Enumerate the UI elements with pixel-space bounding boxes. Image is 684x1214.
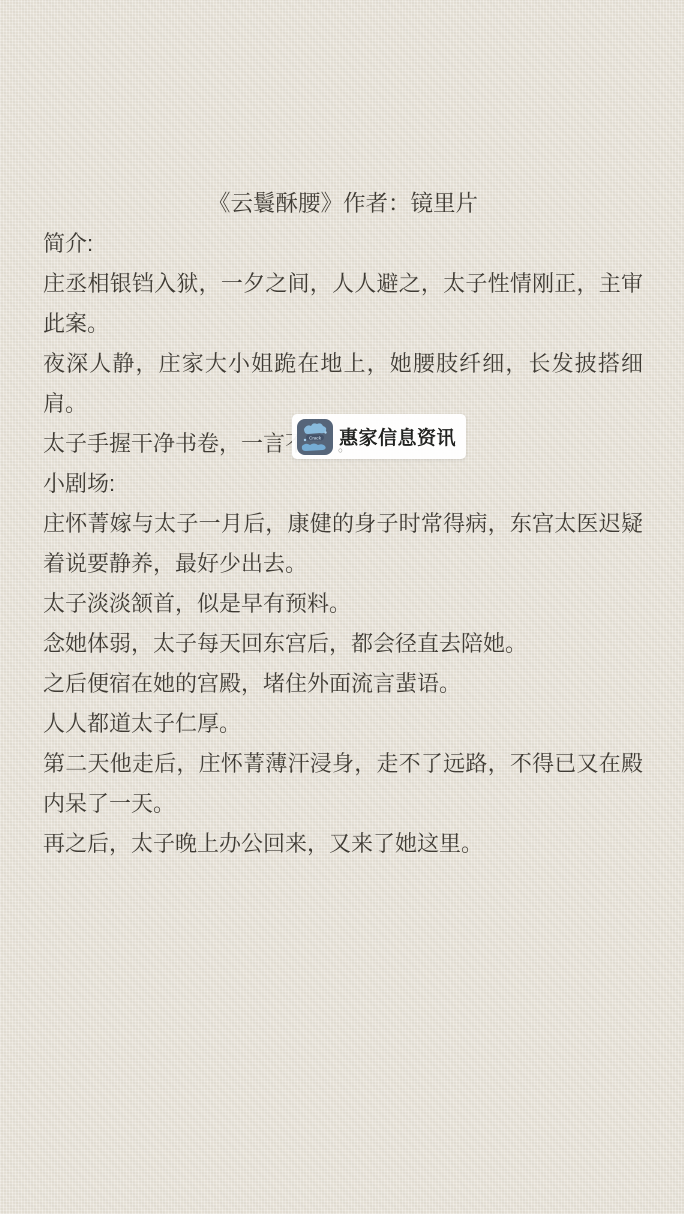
- skit-paragraph: 人人都道太子仁厚。: [43, 704, 643, 744]
- app-logo-icon: Crack: [297, 419, 333, 455]
- skit-paragraph: 念她体弱，太子每天回东宫后，都会径直去陪她。: [43, 624, 643, 664]
- section-label-skit: 小剧场:: [43, 464, 643, 504]
- novel-intro-card: 《云鬟酥腰》作者：镜里片 简介: 庄丞相银铛入狱，一夕之间，人人避之，太子性情刚…: [0, 0, 684, 1214]
- svg-text:Crack: Crack: [309, 435, 322, 440]
- watermark-period-mark: 。: [338, 440, 351, 453]
- watermark-badge: Crack 惠家信息资讯 。: [292, 414, 466, 459]
- watermark-label: 惠家信息资讯: [339, 423, 456, 450]
- novel-text-block: 《云鬟酥腰》作者：镜里片 简介: 庄丞相银铛入狱，一夕之间，人人避之，太子性情刚…: [43, 184, 643, 864]
- intro-paragraph: 夜深人静，庄家大小姐跪在地上，她腰肢纤细，长发披搭细肩。: [43, 344, 643, 424]
- section-label-intro: 简介:: [43, 224, 643, 264]
- intro-paragraph: 庄丞相银铛入狱，一夕之间，人人避之，太子性情刚正，主审此案。: [43, 264, 643, 344]
- skit-paragraph: 之后便宿在她的宫殿，堵住外面流言蜚语。: [43, 664, 643, 704]
- novel-title: 《云鬟酥腰》作者：镜里片: [43, 184, 643, 224]
- skit-paragraph: 太子淡淡颔首，似是早有预料。: [43, 584, 643, 624]
- skit-paragraph: 庄怀菁嫁与太子一月后，康健的身子时常得病，东宫太医迟疑着说要静养，最好少出去。: [43, 504, 643, 584]
- skit-paragraph: 第二天他走后，庄怀菁薄汗浸身，走不了远路，不得已又在殿内呆了一天。: [43, 744, 643, 824]
- skit-paragraph: 再之后，太子晚上办公回来，又来了她这里。: [43, 824, 643, 864]
